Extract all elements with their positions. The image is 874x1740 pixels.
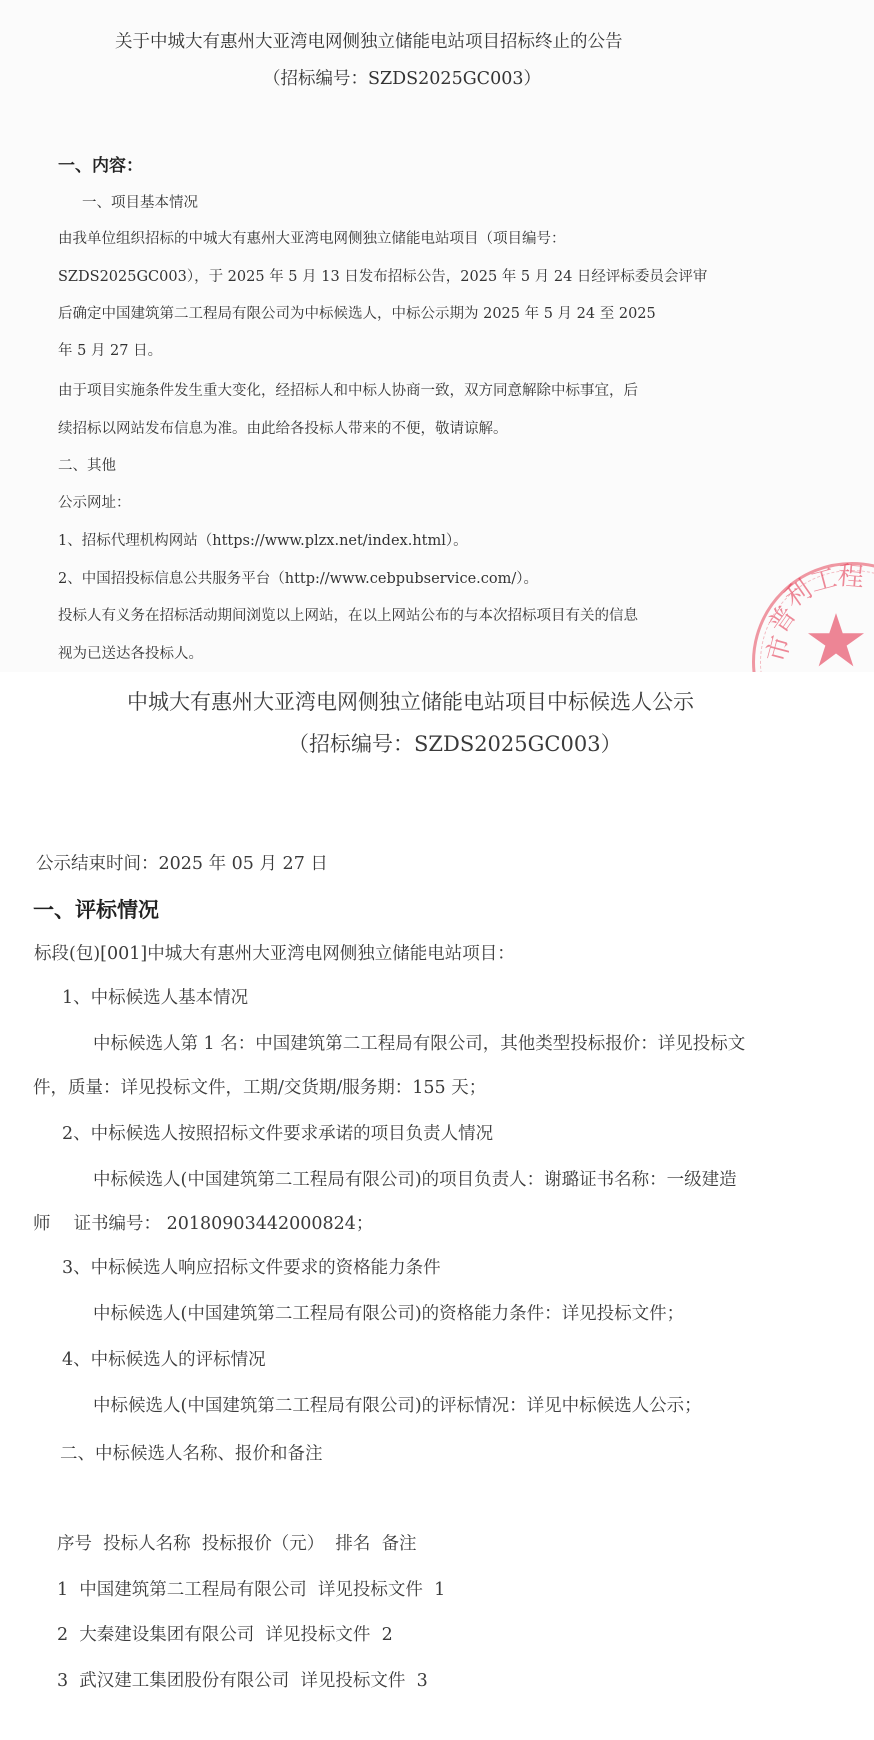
- cell-price: 详见投标文件: [318, 1580, 423, 1600]
- termination-title: 关于中城大有惠州大亚湾电网侧独立储能电站项目招标终止的公告: [115, 34, 623, 52]
- col-header-remarks: 备注: [382, 1534, 417, 1554]
- seal-char: 程: [836, 555, 865, 594]
- table-row: 1 中国建筑第二工程局有限公司 详见投标文件 1: [57, 1582, 445, 1600]
- cell-no: 1: [57, 1580, 68, 1600]
- cell-name: 中国建筑第二工程局有限公司: [79, 1580, 307, 1600]
- para2-line: 续招标以网站发布信息为准。由此给各投标人带来的不便，敬请谅解。: [58, 422, 508, 437]
- subheading-other: 二、其他: [58, 459, 116, 474]
- item1-line: 件，质量：详见投标文件，工期/交货期/服务期：155 天；: [33, 1080, 486, 1098]
- item2-line: 师 证书编号： 20180903442000824；: [33, 1216, 373, 1234]
- para1-line: 后确定中国建筑第二工程局有限公司为中标候选人，中标公示期为 2025 年 5 月…: [58, 307, 656, 322]
- site-link-cebpubservice[interactable]: 2、中国招投标信息公共服务平台（http://www.cebpubservice…: [58, 572, 538, 587]
- candidate-tender-number: （招标编号：SZDS2025GC003）: [288, 734, 622, 755]
- seal-star-icon: [808, 612, 864, 668]
- termination-tender-number: （招标编号：SZDS2025GC003）: [263, 71, 541, 89]
- cell-name: 武汉建工集团股份有限公司: [79, 1671, 289, 1691]
- cell-rank: 1: [434, 1580, 445, 1600]
- termination-notice-page: 关于中城大有惠州大亚湾电网侧独立储能电站项目招标终止的公告 （招标编号：SZDS…: [0, 0, 874, 672]
- col-header-no: 序号: [57, 1534, 92, 1554]
- obligation-line: 投标人有义务在招标活动期间浏览以上网站，在以上网站公布的与本次招标项目有关的信息: [58, 609, 638, 624]
- item2-line: 中标候选人(中国建筑第二工程局有限公司)的项目负责人：谢璐证书名称：一级建造: [93, 1172, 737, 1190]
- cell-name: 大秦建设集团有限公司: [79, 1625, 254, 1645]
- candidate-title: 中城大有惠州大亚湾电网侧独立储能电站项目中标候选人公示: [127, 692, 694, 713]
- para1-line: 年 5 月 27 日。: [58, 344, 162, 359]
- section-heading-content: 一、内容：: [58, 158, 143, 175]
- subheading-project-basics: 一、项目基本情况: [82, 196, 198, 211]
- para1-line: SZDS2025GC003），于 2025 年 5 月 13 日发布招标公告，2…: [58, 270, 707, 285]
- lot-line: 标段(包)[001]中城大有惠州大亚湾电网侧独立储能电站项目：: [34, 946, 515, 964]
- col-header-rank: 排名: [335, 1534, 370, 1554]
- table-header-row: 序号 投标人名称 投标报价（元） 排名 备注: [57, 1536, 417, 1554]
- item3-heading: 3、中标候选人响应招标文件要求的资格能力条件: [62, 1260, 441, 1278]
- item2-heading: 2、中标候选人按照招标文件要求承诺的项目负责人情况: [62, 1126, 493, 1144]
- item3-line: 中标候选人(中国建筑第二工程局有限公司)的资格能力条件：详见投标文件；: [93, 1306, 684, 1324]
- col-header-price: 投标报价（元）: [202, 1534, 325, 1554]
- cell-rank: 3: [417, 1671, 428, 1691]
- publicity-end-time: 公示结束时间：2025 年 05 月 27 日: [36, 856, 328, 874]
- section-heading-candidates: 二、中标候选人名称、报价和备注: [60, 1446, 323, 1464]
- cell-no: 2: [57, 1625, 68, 1645]
- table-row: 3 武汉建工集团股份有限公司 详见投标文件 3: [57, 1673, 428, 1691]
- item1-heading: 1、中标候选人基本情况: [62, 990, 248, 1008]
- cell-rank: 2: [382, 1625, 393, 1645]
- para1-line: 由我单位组织招标的中城大有惠州大亚湾电网侧独立储能电站项目（项目编号：: [58, 232, 566, 247]
- col-header-name: 投标人名称: [103, 1534, 191, 1554]
- table-row: 2 大秦建设集团有限公司 详见投标文件 2: [57, 1627, 393, 1645]
- site-link-agency[interactable]: 1、招标代理机构网站（https://www.plzx.net/index.ht…: [58, 534, 468, 549]
- cell-price: 详见投标文件: [265, 1625, 370, 1645]
- cell-price: 详见投标文件: [300, 1671, 405, 1691]
- item1-line: 中标候选人第 1 名：中国建筑第二工程局有限公司，其他类型投标报价：详见投标文: [93, 1036, 745, 1054]
- section-heading-evaluation: 一、评标情况: [33, 900, 159, 921]
- obligation-line: 视为已送达各投标人。: [58, 647, 203, 662]
- site-label: 公示网址：: [58, 496, 131, 511]
- item4-line: 中标候选人(中国建筑第二工程局有限公司)的评标情况：详见中标候选人公示；: [93, 1398, 702, 1416]
- cell-no: 3: [57, 1671, 68, 1691]
- item4-heading: 4、中标候选人的评标情况: [62, 1352, 266, 1370]
- para2-line: 由于项目实施条件发生重大变化，经招标人和中标人协商一致，双方同意解除中标事宜，后: [58, 384, 638, 399]
- candidate-notice-page: 中城大有惠州大亚湾电网侧独立储能电站项目中标候选人公示 （招标编号：SZDS20…: [0, 672, 874, 1740]
